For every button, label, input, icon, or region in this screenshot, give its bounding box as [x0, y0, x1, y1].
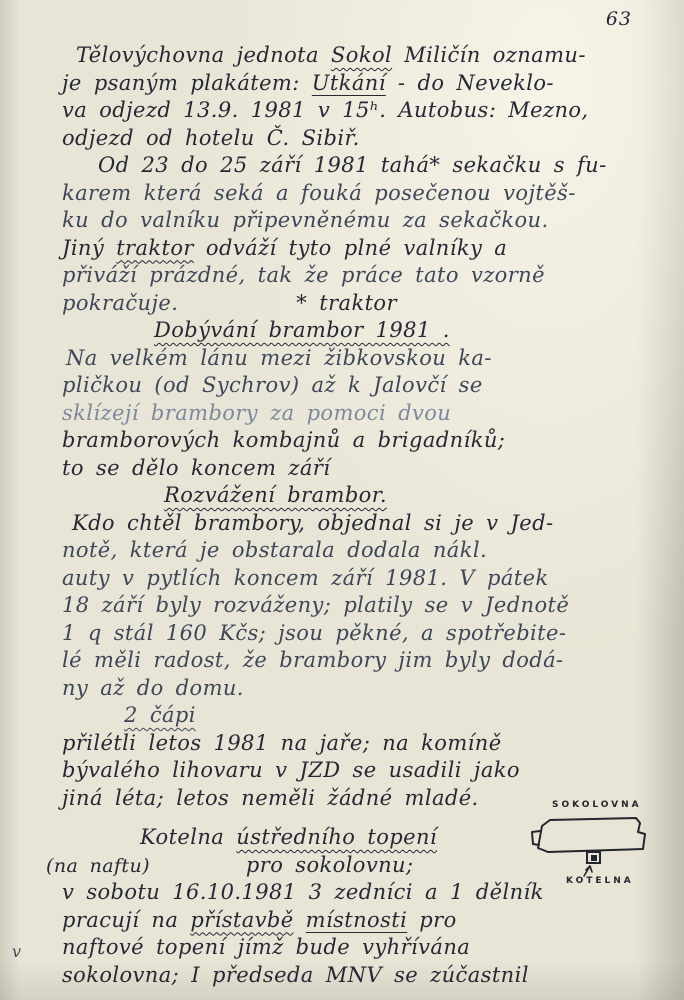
na-naftu-note: (na naftu): [46, 853, 150, 881]
sokol-line-1-a: Tělovýchovna jednota: [76, 43, 331, 67]
brambory-line-5: to se dělo koncem září: [62, 455, 662, 483]
capi-line-2: bývalého lihovaru v JZD se usadili jako: [62, 757, 662, 785]
kotelna-line-2-a: pracují na: [62, 908, 190, 932]
rozvazeni-line-3: auty v pytlích koncem září 1981. V pátek: [62, 565, 662, 593]
pro-sokolovnu-text: pro sokolovnu;: [246, 852, 414, 880]
senosec-line-3: ku do valníku připevněnému za sekačkou.: [62, 207, 662, 235]
rozvazeni-heading: Rozvážení brambor.: [164, 482, 662, 510]
kotelna-line-2-e: pro: [407, 908, 456, 932]
sokol-word-utkani: Utkání: [312, 71, 386, 95]
page-number: 63: [606, 8, 632, 30]
rozvazeni-line-1: Kdo chtěl brambory, objednal si je v Jed…: [72, 510, 662, 538]
kotelna-line-2: pracují na přístavbě místnosti pro: [62, 907, 662, 935]
brambory-line-4: bramborových kombajnů a brigadníků;: [62, 427, 662, 455]
sokol-line-2-c: - do Neveklo-: [386, 71, 554, 95]
brambory-heading: Dobývání brambor 1981 .: [154, 317, 662, 345]
kotelna-heading-b: ústředního topení: [236, 825, 437, 849]
rozvazeni-line-4: 18 září byly rozváženy; platily se v Jed…: [62, 592, 662, 620]
kotelna-word-mistnosti: místnosti: [306, 908, 408, 932]
senosec-line-6-text: pokračuje.: [62, 291, 178, 315]
capi-heading-text: 2 čápi: [124, 703, 196, 727]
rozvazeni-line-7: ny až do domu.: [62, 675, 662, 703]
kotelna-word-pristavbe: přístavbě: [190, 908, 293, 932]
sokol-line-3: va odjezd 13.9. 1981 v 15ʰ. Autobus: Mez…: [62, 97, 662, 125]
kotelna-box-fill: [591, 855, 597, 861]
arrow-to-kotelna-icon: [584, 866, 592, 876]
brambory-line-3: sklízejí brambory za pomoci dvou: [62, 400, 662, 428]
rozvazeni-line-5: 1 q stál 160 Kčs; jsou pěkné, a spotřebi…: [62, 620, 662, 648]
senosec-line-2: karem která seká a fouká posečenou vojtě…: [62, 180, 662, 208]
kotelna-line-2-c: [294, 908, 306, 932]
brambory-line-1: Na velkém lánu mezi žibkovskou ka-: [66, 345, 662, 373]
rozvazeni-line-2: notě, která je obstarala dodala nákl.: [62, 537, 662, 565]
margin-check-mark: v: [12, 942, 21, 961]
sokol-line-2-a: je psaným plakátem:: [62, 71, 312, 95]
sokolovna-outline: [538, 818, 645, 852]
sokol-line-2: je psaným plakátem: Utkání - do Neveklo-: [62, 70, 662, 98]
sketch-label-sokolovna: SOKOLOVNA: [552, 800, 676, 810]
senosec-line-5: přiváží prázdné, tak že práce tato vzorn…: [62, 262, 662, 290]
sketch-label-kotelna: KOTELNA: [566, 876, 676, 886]
kotelna-heading-a: Kotelna: [140, 825, 236, 849]
sokol-line-4: odjezd od hotelu Č. Sibiř.: [62, 125, 662, 153]
sokol-word-sokol: Sokol: [331, 43, 392, 67]
chronicle-page: 63 Tělovýchovna jednota Sokol Miličín oz…: [0, 0, 684, 1000]
senosec-line-6: pokračuje.* traktor: [62, 290, 662, 318]
rozvazeni-line-6: lé měli radost, že brambory jim byly dod…: [62, 647, 662, 675]
senosec-word-traktor: traktor: [116, 236, 194, 260]
kotelna-line-3: naftové topení jímž bude vyhřívána: [62, 934, 662, 962]
traktor-footnote: * traktor: [296, 290, 397, 318]
brambory-heading-text: Dobývání brambor 1981 .: [154, 318, 450, 342]
sokol-line-1: Tělovýchovna jednota Sokol Miličín oznam…: [76, 42, 662, 70]
senosec-line-4-c: odváží tyto plné valníky a: [194, 236, 507, 260]
brambory-line-2: pličkou (od Sychrov) až k Jalovčí se: [62, 372, 662, 400]
senosec-line-4: Jiný traktor odváží tyto plné valníky a: [62, 235, 662, 263]
capi-heading: 2 čápi: [124, 702, 662, 730]
sokolovna-sketch: SOKOLOVNA KOTELNA: [524, 800, 676, 886]
senosec-line-1: Od 23 do 25 září 1981 tahá* sekačku s fu…: [98, 152, 662, 180]
sokol-line-1-c: Miličín oznamu-: [392, 43, 586, 67]
building-sketch-drawing: [524, 812, 676, 878]
senosec-line-4-a: Jiný: [62, 236, 116, 260]
kotelna-line-4: sokolovna; I předseda MNV se zúčastnil: [62, 962, 662, 990]
capi-line-1: přilétli letos 1981 na jaře; na komíně: [62, 730, 662, 758]
rozvazeni-heading-text: Rozvážení brambor.: [164, 483, 387, 507]
